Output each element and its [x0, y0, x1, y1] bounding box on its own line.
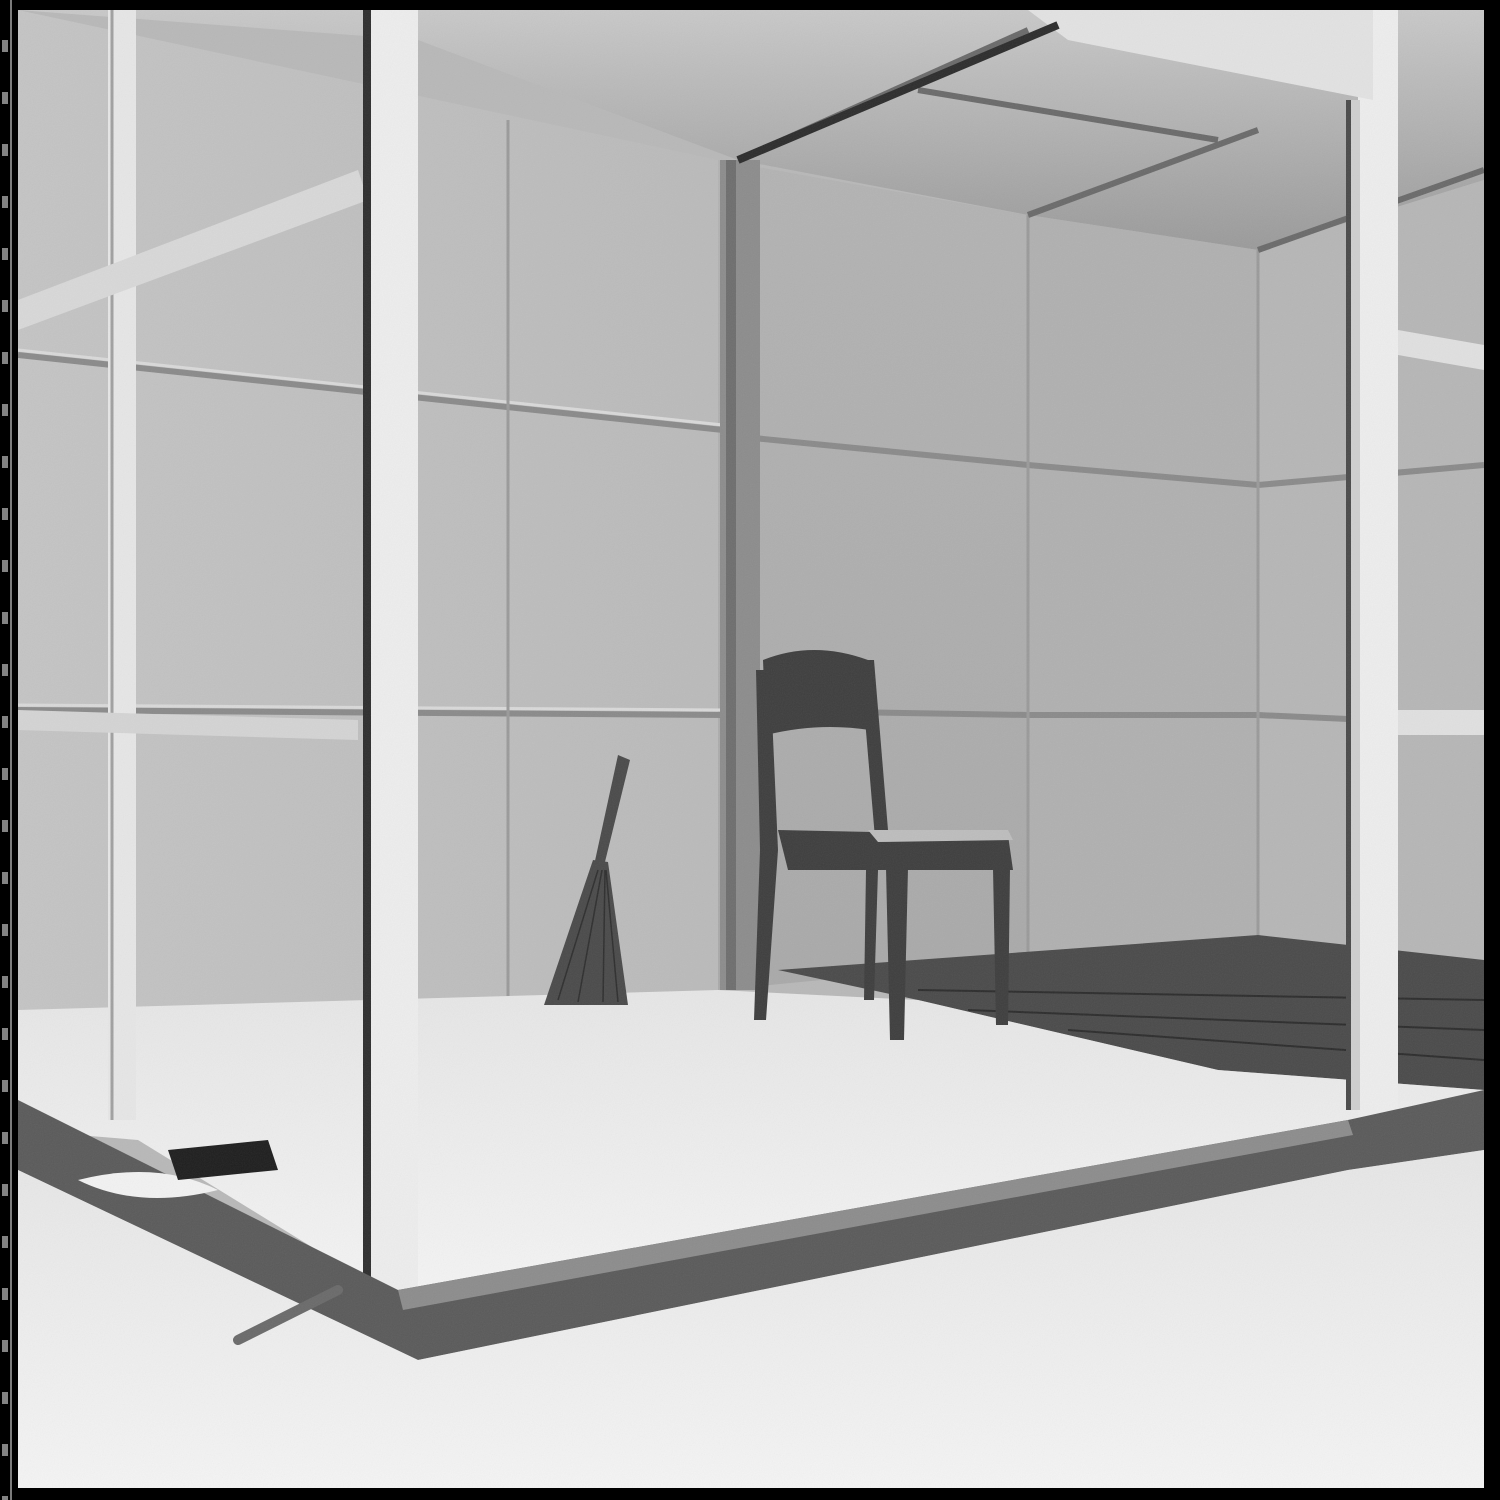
film-edge-line	[10, 0, 12, 1500]
photograph	[18, 10, 1484, 1488]
film-edge-markings	[2, 0, 8, 1500]
photo-frame: Snow-covered open metal shelter frame wi…	[0, 0, 1500, 1500]
